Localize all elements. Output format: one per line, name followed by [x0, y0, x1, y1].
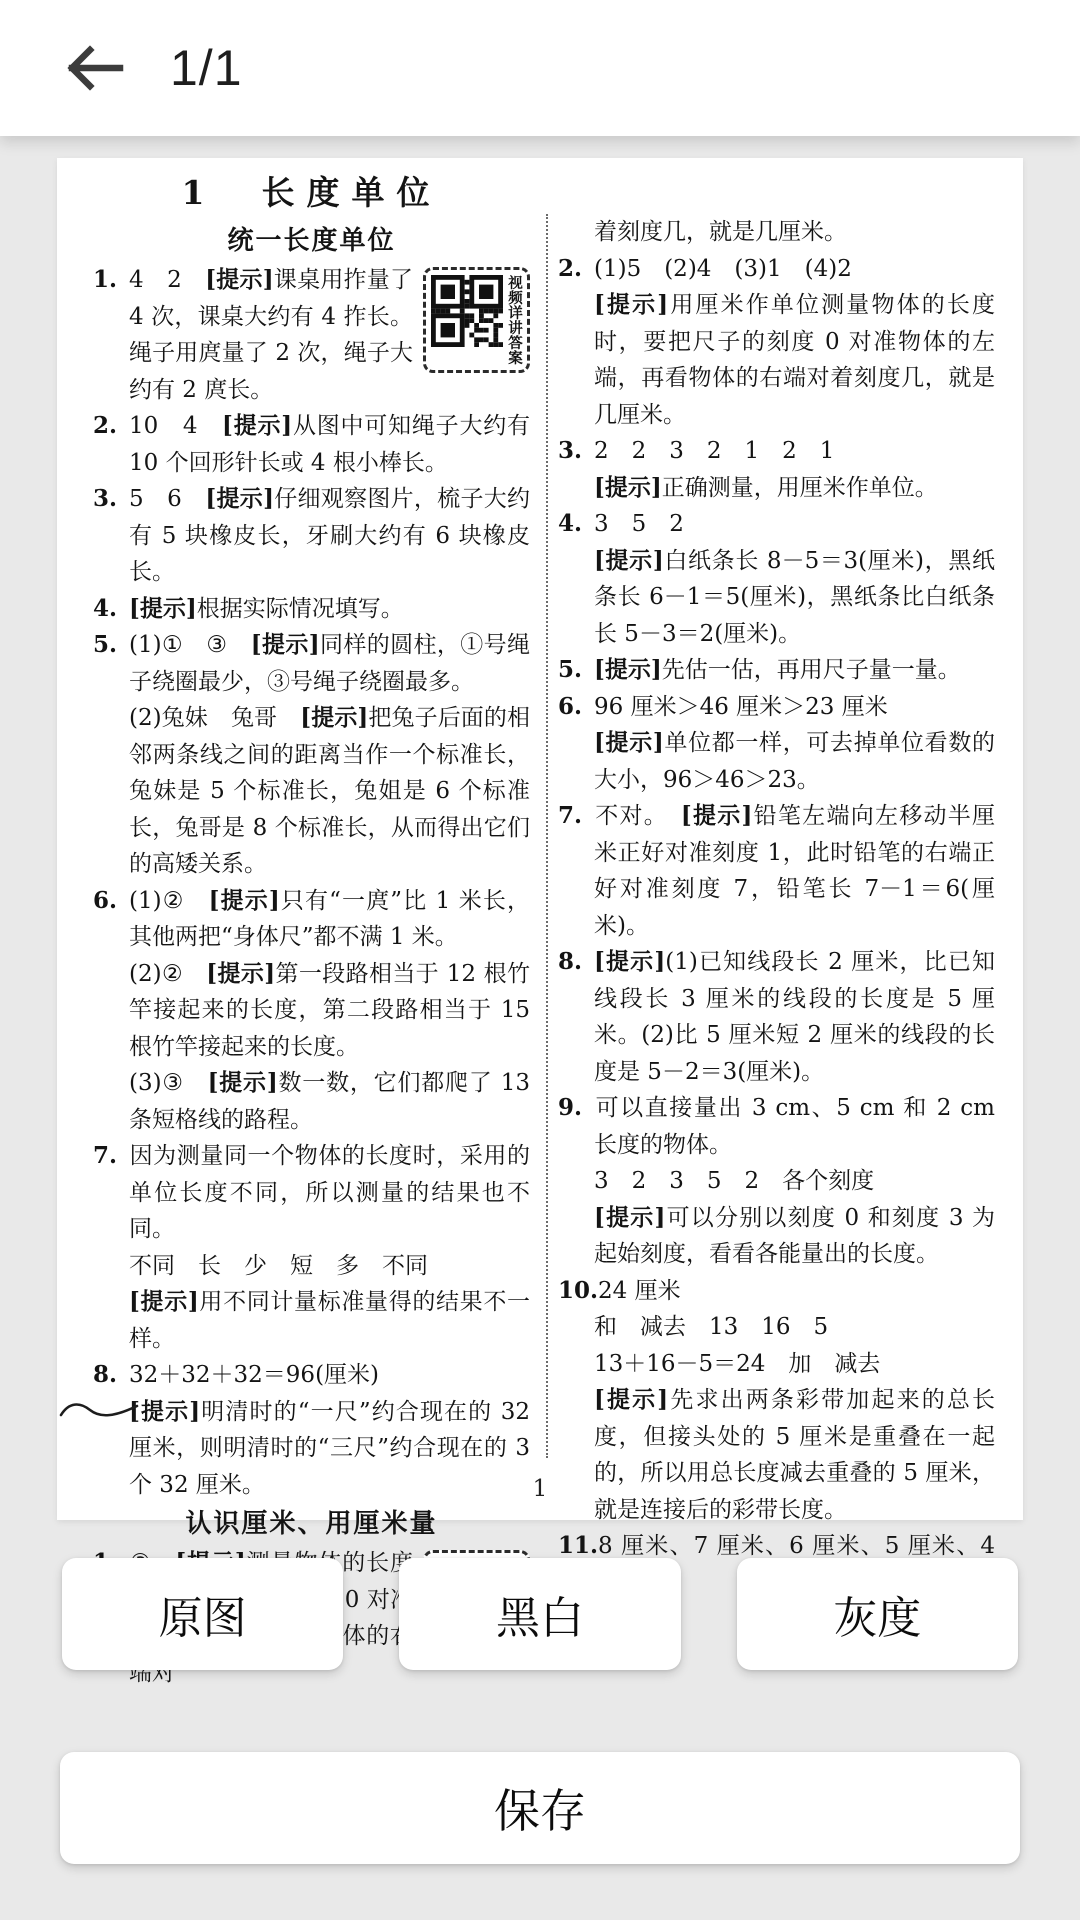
top-bar: 1/1 [0, 0, 1080, 136]
item-text: [提示]可以分别以刻度 0 和刻度 3 为起始刻度，看看各能量出的长度。 [594, 1205, 995, 1268]
hint-label: [提示] [594, 729, 664, 756]
column-divider [546, 214, 548, 1458]
page-indicator: 1/1 [170, 39, 243, 97]
qr-caption: 视频详讲答案 [506, 275, 523, 365]
hint-label: [提示] [594, 1204, 665, 1231]
item-number: 3. [558, 433, 594, 470]
doc-item: 6.96 厘米＞46 厘米＞23 厘米 [558, 689, 995, 726]
hint-label: [提示] [206, 960, 275, 987]
item-text: 3 2 3 5 2 各个刻度 [594, 1168, 874, 1194]
item-number: 5. [93, 627, 129, 664]
doc-item: 8.32＋32＋32＝96(厘米) [93, 1357, 530, 1394]
hint-label: [提示] [594, 656, 662, 683]
item-text: [提示]根据实际情况填写。 [129, 596, 404, 622]
doc-item: 5.(1)① ③ [提示]同样的圆柱，①号绳子绕圈最少，③号绳子绕圈最多。 [93, 627, 530, 700]
item-number: 4. [558, 506, 594, 543]
doc-item: 7.因为测量同一个物体的长度时，采用的单位长度不同，所以测量的结果也不同。 [93, 1138, 530, 1248]
doc-item: [提示]可以分别以刻度 0 和刻度 3 为起始刻度，看看各能量出的长度。 [558, 1200, 995, 1273]
item-number: 6. [93, 883, 129, 920]
item-number: 8. [558, 944, 594, 981]
item-text: [提示]用不同计量标准量得的结果不一样。 [129, 1289, 530, 1352]
item-text: 可以直接量出 3 cm、5 cm 和 2 cm 长度的物体。 [594, 1095, 995, 1158]
doc-item: (2)② [提示]第一段路相当于 12 根竹竿接起来的长度，第二段路相当于 15… [93, 956, 530, 1066]
page-number: 1 [57, 1476, 1023, 1502]
hint-label: [提示] [129, 1288, 199, 1315]
item-text: (1)② [提示]只有“一庹”比 1 米长，其他两把“身体尺”都不满 1 米。 [129, 888, 530, 951]
doc-item: [提示]用不同计量标准量得的结果不一样。 [93, 1284, 530, 1357]
doc-item: 7.不对。 [提示]铅笔左端向左移动半厘米正好对准刻度 1，此时铅笔的右端正好对… [558, 798, 995, 944]
filter-row: 原图 黑白 灰度 [62, 1558, 1018, 1670]
hint-label: [提示] [681, 802, 753, 829]
hint-label: [提示] [594, 948, 665, 975]
document-content: 1 长度单位统一长度单位视频详讲答案1.4 2 [提示]课桌用拃量了 4 次，课… [57, 158, 1023, 1691]
hint-label: [提示] [209, 887, 280, 914]
item-number: 7. [558, 798, 594, 835]
item-text: 32＋32＋32＝96(厘米) [129, 1362, 379, 1388]
item-text: 4 2 [提示]课桌用拃量了 4 次，课桌大约有 4 拃长。绳子用庹量了 2 次… [129, 267, 413, 403]
doc-item: 视频详讲答案1.4 2 [提示]课桌用拃量了 4 次，课桌大约有 4 拃长。绳子… [93, 262, 530, 408]
back-button[interactable] [58, 38, 130, 98]
item-number: 2. [558, 251, 594, 288]
app-screen: 1/1 1 长度单位统一长度单位视频详讲答案1.4 2 [提示]课桌用拃量了 4… [0, 0, 1080, 1920]
doc-item: [提示]正确测量，用厘米作单位。 [558, 470, 995, 507]
qr-code-icon [431, 275, 503, 347]
item-number: 10. [558, 1273, 598, 1310]
item-number: 8. [93, 1357, 129, 1394]
back-arrow-icon [62, 44, 126, 92]
item-text: 不同 长 少 短 多 不同 [129, 1253, 428, 1279]
hint-label: [提示] [251, 631, 320, 658]
hint-label: [提示] [594, 547, 664, 574]
doc-item: 3.5 6 [提示]仔细观察图片，梳子大约有 5 块橡皮长，牙刷大约有 6 块橡… [93, 481, 530, 591]
item-number: 1. [93, 262, 129, 299]
item-number: 2. [93, 408, 129, 445]
item-text: 因为测量同一个物体的长度时，采用的单位长度不同，所以测量的结果也不同。 [129, 1143, 530, 1242]
doc-item: 6.(1)② [提示]只有“一庹”比 1 米长，其他两把“身体尺”都不满 1 米… [93, 883, 530, 956]
item-text: [提示](1)已知线段长 2 厘米，比已知线段长 3 厘米的线段的长度是 5 厘… [594, 949, 995, 1085]
item-text: 2 2 3 2 1 2 1 [594, 438, 834, 464]
item-text: 5 6 [提示]仔细观察图片，梳子大约有 5 块橡皮长，牙刷大约有 6 块橡皮长… [129, 486, 530, 585]
hint-label: [提示] [594, 474, 662, 501]
doc-item: (2)兔妹 兔哥 [提示]把兔子后面的相邻两条线之间的距离当作一个标准长，兔妹是… [93, 700, 530, 883]
hint-label: [提示] [129, 1398, 200, 1425]
doc-item: [提示]先求出两条彩带加起来的总长度，但接头处的 5 厘米是重叠在一起的，所以用… [558, 1382, 995, 1528]
doc-item: [提示]白纸条长 8－5＝3(厘米)，黑纸条长 6－1＝5(厘米)，黑纸条比白纸… [558, 543, 995, 653]
item-text: 24 厘米 [598, 1278, 681, 1304]
doc-item: 10.24 厘米 [558, 1273, 995, 1310]
hint-label: [提示] [222, 412, 292, 439]
item-number: 5. [558, 652, 594, 689]
save-button[interactable]: 保存 [60, 1752, 1020, 1864]
doc-item: 4.3 5 2 [558, 506, 995, 543]
item-text: 和 减去 13 16 5 [594, 1314, 828, 1340]
doc-item: 3 2 3 5 2 各个刻度 [558, 1163, 995, 1200]
squiggle-mark [59, 1399, 139, 1423]
qr-code: 视频详讲答案 [423, 267, 530, 373]
doc-section-heading: 认识厘米、用厘米量 [93, 1503, 530, 1545]
item-text: [提示]先估一估，再用尺子量一量。 [594, 657, 961, 683]
item-number: 6. [558, 689, 594, 726]
hint-label: [提示] [208, 1069, 278, 1096]
doc-item: 和 减去 13 16 5 [558, 1309, 995, 1346]
right-column: 着刻度几，就是几厘米。2.(1)5 (2)4 (3)1 (4)2[提示]用厘米作… [558, 168, 995, 1691]
doc-item: [提示]用厘米作单位测量物体的长度时，要把尺子的刻度 0 对准物体的左端，再看物… [558, 287, 995, 433]
item-text: [提示]白纸条长 8－5＝3(厘米)，黑纸条长 6－1＝5(厘米)，黑纸条比白纸… [594, 548, 995, 647]
doc-item: 2.(1)5 (2)4 (3)1 (4)2 [558, 251, 995, 288]
item-text: 13＋16－5＝24 加 减去 [594, 1351, 880, 1377]
doc-item: 4.[提示]根据实际情况填写。 [93, 591, 530, 628]
doc-item: 3.2 2 3 2 1 2 1 [558, 433, 995, 470]
document-page: 1 长度单位统一长度单位视频详讲答案1.4 2 [提示]课桌用拃量了 4 次，课… [57, 158, 1023, 1520]
item-text: 不对。 [提示]铅笔左端向左移动半厘米正好对准刻度 1，此时铅笔的右端正好对准刻… [594, 803, 995, 939]
item-text: 着刻度几，就是几厘米。 [594, 219, 847, 245]
item-text: [提示]先求出两条彩带加起来的总长度，但接头处的 5 厘米是重叠在一起的，所以用… [594, 1387, 995, 1523]
doc-item: 2.10 4 [提示]从图中可知绳子大约有 10 个回形针长或 4 根小棒长。 [93, 408, 530, 481]
doc-item: 不同 长 少 短 多 不同 [93, 1248, 530, 1285]
blackwhite-button[interactable]: 黑白 [399, 1558, 680, 1670]
doc-item: 8.[提示](1)已知线段长 2 厘米，比已知线段长 3 厘米的线段的长度是 5… [558, 944, 995, 1090]
item-number: 9. [558, 1090, 594, 1127]
item-text: (1)① ③ [提示]同样的圆柱，①号绳子绕圈最少，③号绳子绕圈最多。 [129, 632, 530, 695]
item-number: 3. [93, 481, 129, 518]
doc-item: 9.可以直接量出 3 cm、5 cm 和 2 cm 长度的物体。 [558, 1090, 995, 1163]
hint-label: [提示] [205, 485, 274, 512]
doc-item: 13＋16－5＝24 加 减去 [558, 1346, 995, 1383]
doc-section-heading: 统一长度单位 [93, 220, 530, 262]
item-text: (3)③ [提示]数一数，它们都爬了 13 条短格线的路程。 [129, 1070, 530, 1133]
item-text: 3 5 2 [594, 511, 684, 537]
hint-label: [提示] [300, 704, 368, 731]
item-text: (1)5 (2)4 (3)1 (4)2 [594, 256, 852, 282]
hint-label: [提示] [129, 595, 197, 622]
item-number: 4. [93, 591, 129, 628]
doc-item: [提示]单位都一样，可去掉单位看数的大小，96＞46＞23。 [558, 725, 995, 798]
item-text: 96 厘米＞46 厘米＞23 厘米 [594, 694, 888, 720]
doc-item: (3)③ [提示]数一数，它们都爬了 13 条短格线的路程。 [93, 1065, 530, 1138]
item-text: 10 4 [提示]从图中可知绳子大约有 10 个回形针长或 4 根小棒长。 [129, 413, 530, 476]
hint-label: [提示] [594, 291, 668, 318]
item-text: [提示]用厘米作单位测量物体的长度时，要把尺子的刻度 0 对准物体的左端，再看物… [594, 292, 995, 428]
hint-label: [提示] [205, 266, 273, 293]
original-button[interactable]: 原图 [62, 1558, 343, 1670]
item-text: (2)兔妹 兔哥 [提示]把兔子后面的相邻两条线之间的距离当作一个标准长，兔妹是… [129, 705, 530, 877]
doc-item: 5.[提示]先估一估，再用尺子量一量。 [558, 652, 995, 689]
item-number: 7. [93, 1138, 129, 1175]
item-text: (2)② [提示]第一段路相当于 12 根竹竿接起来的长度，第二段路相当于 15… [129, 961, 530, 1060]
doc-item: 着刻度几，就是几厘米。 [558, 214, 995, 251]
grayscale-button[interactable]: 灰度 [737, 1558, 1018, 1670]
item-text: [提示]正确测量，用厘米作单位。 [594, 475, 938, 501]
item-text: [提示]单位都一样，可去掉单位看数的大小，96＞46＞23。 [594, 730, 995, 793]
hint-label: [提示] [594, 1386, 668, 1413]
left-column: 1 长度单位统一长度单位视频详讲答案1.4 2 [提示]课桌用拃量了 4 次，课… [93, 168, 540, 1691]
doc-title: 1 长度单位 [93, 168, 530, 218]
